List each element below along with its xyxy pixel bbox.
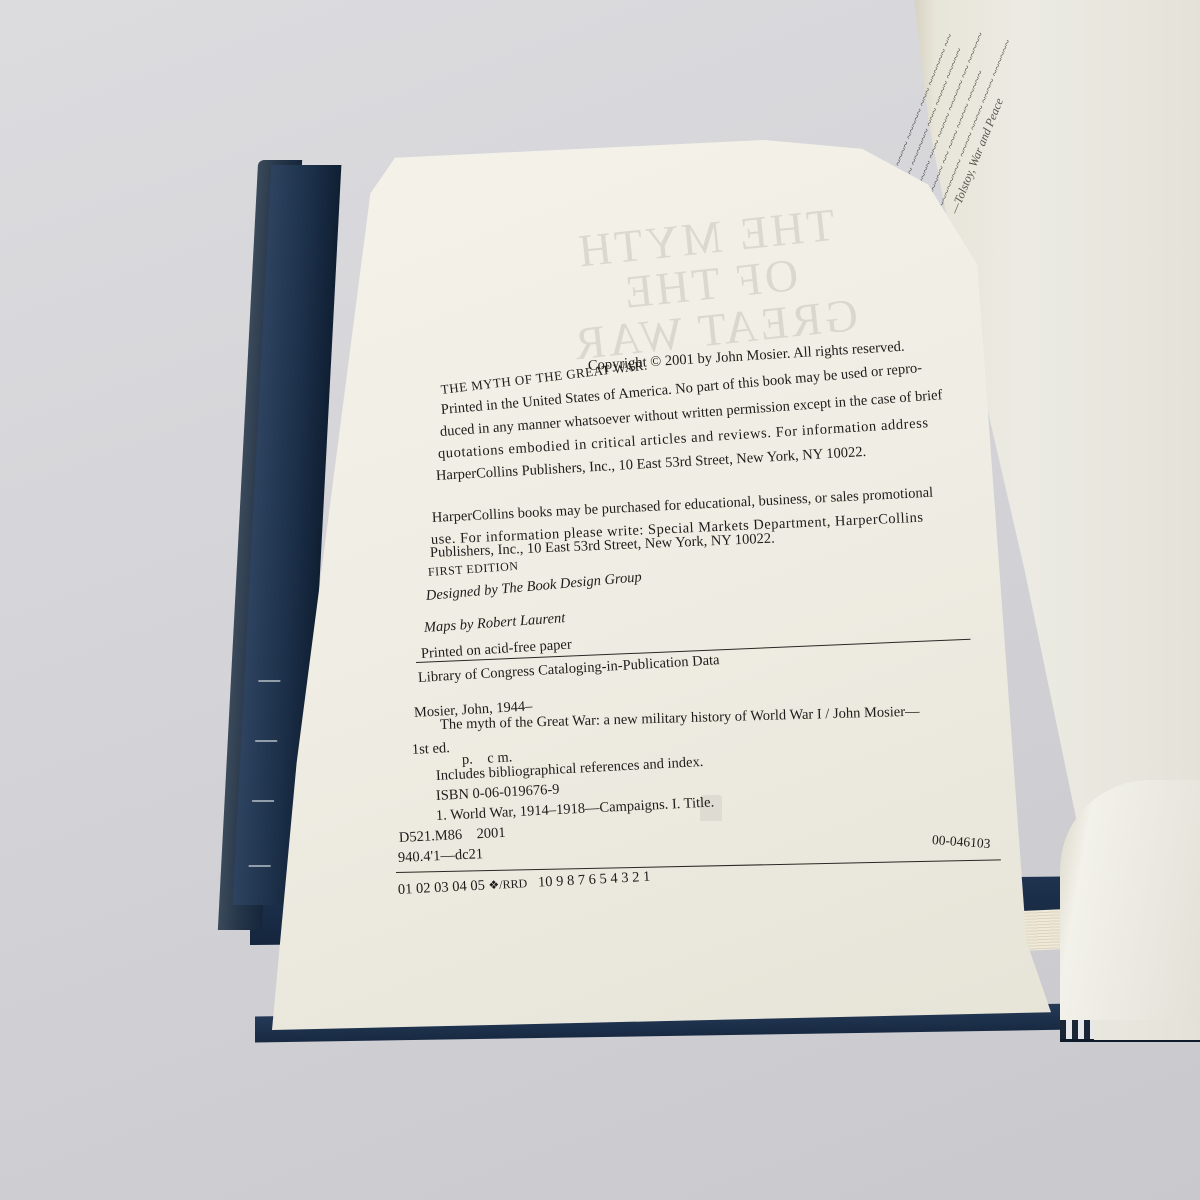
printing-line: 01 02 03 04 05 ❖/RRD 10 9 8 7 6 5 4 3 2 … xyxy=(398,869,651,899)
cip-edition: 1st ed. xyxy=(412,740,451,759)
printing-numbers: 10 9 8 7 6 5 4 3 2 1 xyxy=(538,869,651,891)
cip-lccn: 00-046103 xyxy=(931,832,990,852)
book-photo-scene: 0501 ~~~ ~~~~ ~~~~~ ~~~ ~~~~~~ ~~ ~~~~ ~… xyxy=(0,0,1200,1200)
edition-label: FIRST EDITION xyxy=(427,559,518,580)
cip-isbn: ISBN 0-06-019676-9 xyxy=(436,782,560,805)
printing-years: 01 02 03 04 05 xyxy=(398,877,486,898)
printer-mark: ❖/RRD xyxy=(488,876,527,892)
cip-lc-class: D521.M86 2001 xyxy=(399,825,506,847)
cip-dewey: 940.4'1—dc21 xyxy=(398,846,484,867)
copyright-text: THE MYTH OF THE GREAT WAR. Copyright © 2… xyxy=(0,0,1200,1200)
maps-credit: Maps by Robert Laurent xyxy=(423,610,565,637)
divider-rule xyxy=(396,859,1001,873)
